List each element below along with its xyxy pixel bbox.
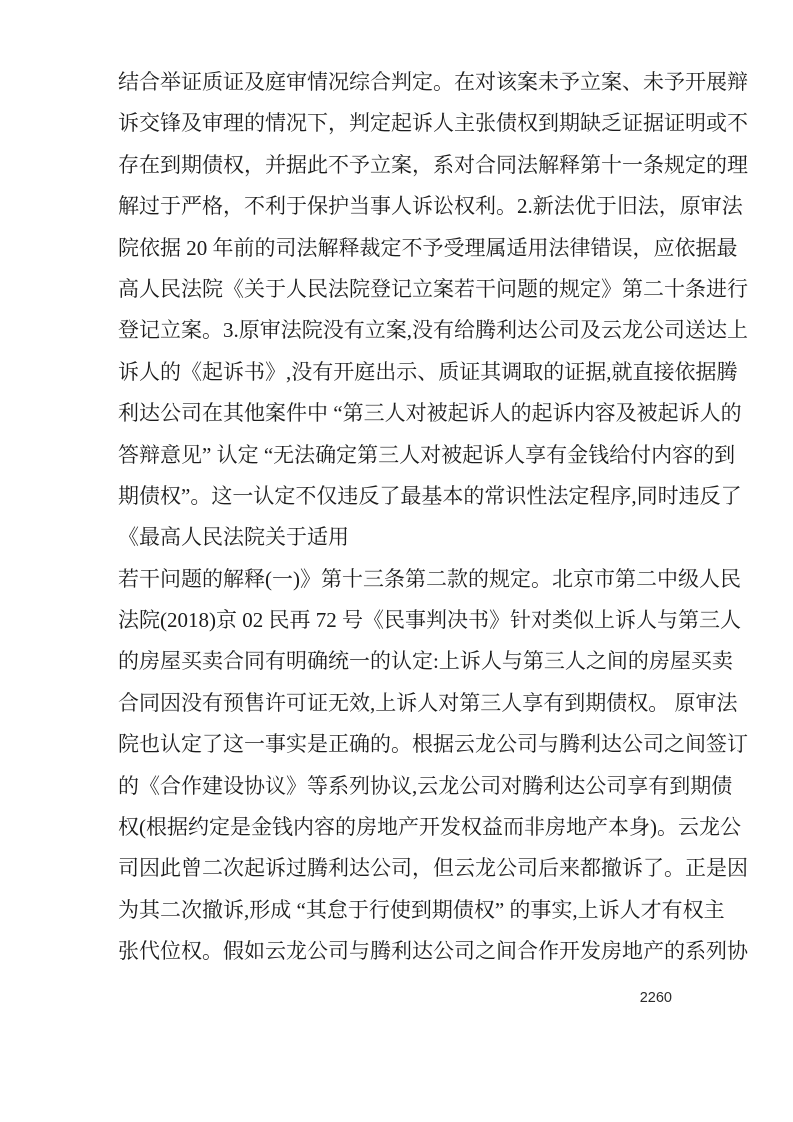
text-line: 院依据 20 年前的司法解释裁定不予受理属适用法律错误，应依据最 xyxy=(118,228,672,269)
text-line: 解过于严格，不利于保护当事人诉讼权利。2.新法优于旧法，原审法 xyxy=(118,186,672,227)
text-line: 为其二次撤诉,形成 “其怠于行使到期债权” 的事实,上诉人才有权主 xyxy=(118,890,672,931)
text-line: 答辩意见” 认定 “无法确定第三人对被起诉人享有金钱给付内容的到 xyxy=(118,435,672,476)
text-line: 司因此曾二次起诉过腾利达公司，但云龙公司后来都撤诉了。正是因 xyxy=(118,848,672,889)
text-line: 合同因没有预售许可证无效,上诉人对第三人享有到期债权。 原审法 xyxy=(118,683,672,724)
text-line: 若干问题的解释(一)》第十三条第二款的规定。北京市第二中级人民 xyxy=(118,559,672,600)
page-number: 2260 xyxy=(118,989,672,1007)
text-line: 法院(2018)京 02 民再 72 号《民事判决书》针对类似上诉人与第三人 xyxy=(118,600,672,641)
text-line: 的《合作建设协议》等系列协议,云龙公司对腾利达公司享有到期债 xyxy=(118,766,672,807)
text-line: 张代位权。假如云龙公司与腾利达公司之间合作开发房地产的系列协 xyxy=(118,931,672,972)
body-text: 结合举证质证及庭审情况综合判定。在对该案未予立案、未予开展辩 诉交锋及审理的情况… xyxy=(118,62,672,973)
text-line: 的房屋买卖合同有明确统一的认定:上诉人与第三人之间的房屋买卖 xyxy=(118,641,672,682)
text-line: 存在到期债权，并据此不予立案，系对合同法解释第十一条规定的理 xyxy=(118,145,672,186)
text-line: 《最高人民法院关于适用 xyxy=(118,517,672,558)
text-line: 结合举证质证及庭审情况综合判定。在对该案未予立案、未予开展辩 xyxy=(118,62,672,103)
text-line: 权(根据约定是金钱内容的房地产开发权益而非房地产本身)。云龙公 xyxy=(118,807,672,848)
text-line: 高人民法院《关于人民法院登记立案若干问题的规定》第二十条进行 xyxy=(118,269,672,310)
document-page: 结合举证质证及庭审情况综合判定。在对该案未予立案、未予开展辩 诉交锋及审理的情况… xyxy=(0,0,793,1122)
text-line: 诉交锋及审理的情况下，判定起诉人主张债权到期缺乏证据证明或不 xyxy=(118,103,672,144)
text-line: 期债权”。这一认定不仅违反了最基本的常识性法定程序,同时违反了 xyxy=(118,476,672,517)
text-line: 利达公司在其他案件中 “第三人对被起诉人的起诉内容及被起诉人的 xyxy=(118,393,672,434)
text-line: 诉人的《起诉书》,没有开庭出示、质证其调取的证据,就直接依据腾 xyxy=(118,352,672,393)
text-line: 院也认定了这一事实是正确的。根据云龙公司与腾利达公司之间签订 xyxy=(118,724,672,765)
text-line: 登记立案。3.原审法院没有立案,没有给腾利达公司及云龙公司送达上 xyxy=(118,310,672,351)
